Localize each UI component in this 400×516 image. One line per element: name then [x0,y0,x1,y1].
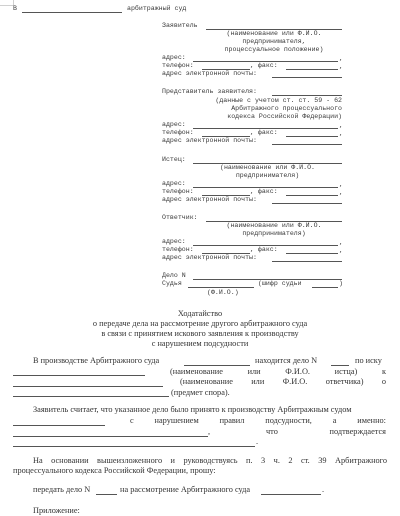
representative-hint-1: (данные с учетом ст. ст. 59 - 62 [202,97,342,105]
plaintiff-label: Истец: [162,156,186,164]
defendant-address-label: адрес: [162,238,186,246]
representative-email-field[interactable] [272,144,342,145]
p4-text-b: на рассмотрение Арбитражного суда [120,485,250,495]
p2-text-a: Заявитель считает, что указанное дело бы… [33,405,387,415]
defendant-fax-label: , факс: [250,246,278,254]
applicant-fax-label: , факс: [250,62,278,70]
judge-hint: (Ф.И.О.) [207,289,239,297]
p2-comma: , [208,427,210,437]
defendant-hint-2: предпринимателя) [206,230,342,238]
applicant-hint-2: предпринимателя, [206,38,342,46]
plaintiff-email-label: адрес электронной почты: [162,196,257,204]
plaintiff-email-field[interactable] [272,203,342,204]
p1-text-b: находится дело N [255,356,317,366]
p1-text-c: по иску [355,356,382,366]
court-field[interactable] [184,365,250,366]
p2-end: . [256,437,258,447]
applicant-fax-field[interactable] [286,69,338,70]
violating-court-field[interactable] [13,425,105,426]
defendant-label: Ответчик: [162,214,198,222]
defendant-email-label: адрес электронной почты: [162,254,257,262]
applicant-email-field[interactable] [272,77,342,78]
representative-hint-3: кодекса Российской Федерации) [202,113,342,121]
case-number-label: Дело N [162,272,186,280]
p1-line-2: (наименование или Ф.И.О. истца) к [170,367,386,377]
violation-details-field[interactable] [13,436,208,437]
p3-text-b: процессуального кодекса Российской Федер… [13,466,216,476]
representative-fax-field[interactable] [286,136,338,137]
representative-hint-2: Арбитражного процессуального [202,105,342,113]
p2-line-3: что подтверждается [266,427,386,437]
header-court-suffix: арбитражный суд [127,5,186,13]
transfer-case-number-field[interactable] [96,494,117,495]
plaintiff-hint-1: (наименование или Ф.И.О. [193,164,342,172]
plaintiff-phone-label: телефон: [162,188,194,196]
judge-code-close: ) [339,280,343,288]
dispute-subject-field[interactable] [13,396,169,397]
target-court-field[interactable] [261,494,321,495]
representative-email-label: адрес электронной почты: [162,137,257,145]
p4-end: . [322,485,324,495]
plaintiff-inline-field[interactable] [13,375,145,376]
judge-name-field[interactable] [188,287,254,288]
representative-address-label: адрес: [162,121,186,129]
page-corner-marker-h [0,5,13,6]
header-prefix: В [13,5,17,13]
title-line-1: Ходатайство [0,309,400,319]
applicant-email-label: адрес электронной почты: [162,70,257,78]
defendant-email-field[interactable] [272,261,342,262]
defendant-hint-1: (наименование или Ф.И.О. [206,222,342,230]
attachments-label: Приложение: [33,506,80,516]
defendant-fax-field[interactable] [286,253,338,254]
case-number-inline-field[interactable] [331,365,349,366]
p1-line-3: (наименование или Ф.И.О. ответчика) о [180,377,386,387]
evidence-field[interactable] [13,446,255,447]
judge-code-label: (шифр судьи [258,280,302,288]
p1-text-a: В производстве Арбитражного суда [33,356,159,366]
plaintiff-address-label: адрес: [162,180,186,188]
title-line-2: о передаче дела на рассмотрение другого … [0,319,400,329]
applicant-phone-label: телефон: [162,62,194,70]
p4-text-a: передать дело N [33,485,90,495]
applicant-label: Заявитель [162,22,198,30]
representative-name-field[interactable] [272,95,342,96]
representative-fax-label: , факс: [250,129,278,137]
applicant-hint-1: (наименование или Ф.И.О. [206,30,342,38]
representative-phone-label: телефон: [162,129,194,137]
representative-label: Представитель заявителя: [162,88,257,96]
applicant-hint-3: процессуальное положение) [206,46,342,54]
title-line-3: в связи с принятием искового заявления к… [0,329,400,339]
plaintiff-fax-field[interactable] [286,195,338,196]
judge-code-field[interactable] [312,287,338,288]
plaintiff-fax-label: , факс: [250,188,278,196]
plaintiff-hint-2: предпринимателя) [193,172,342,180]
defendant-inline-field[interactable] [13,386,163,387]
p2-line-2: с нарушением правил подсудности, а именн… [130,416,386,426]
applicant-address-label: адрес: [162,54,186,62]
p1-line-4: (предмет спора). [171,388,230,398]
court-name-field[interactable] [22,12,122,13]
title-line-4: с нарушением подсудности [0,339,400,349]
judge-label: Судья [162,280,182,288]
p3-text-a: На основании вышеизложенного и руководст… [33,456,387,466]
defendant-phone-label: телефон: [162,246,194,254]
